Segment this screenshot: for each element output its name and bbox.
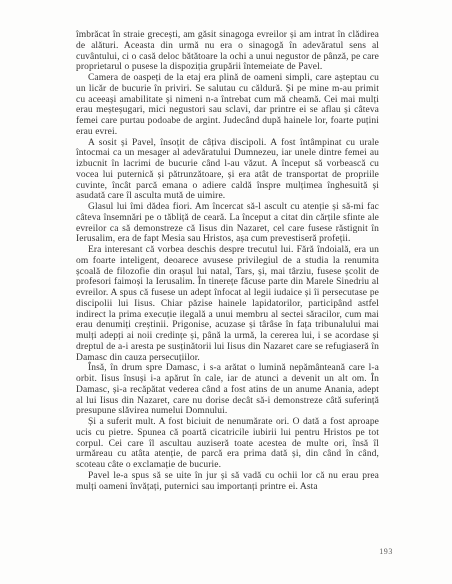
- book-page: îmbrăcat în straie grecești, am găsit si…: [0, 0, 452, 584]
- body-text: îmbrăcat în straie grecești, am găsit si…: [76, 30, 379, 492]
- paragraph: Camera de oaspeți de la etaj era plină d…: [76, 73, 379, 138]
- paragraph: Și a suferit mult. A fost biciuit de nen…: [76, 417, 379, 471]
- page-number: 193: [353, 547, 393, 556]
- paragraph: Însă, în drum spre Damasc, i s-a arătat …: [76, 363, 379, 417]
- paragraph: A sosit și Pavel, însoțit de câțiva disc…: [76, 138, 379, 203]
- paragraph-continued: îmbrăcat în straie grecești, am găsit si…: [76, 30, 379, 73]
- paragraph: Era interesant că vorbea deschis despre …: [76, 245, 379, 363]
- paragraph: Pavel le-a spus să se uite în jur și să …: [76, 471, 379, 493]
- paragraph: Glasul lui îmi dădea fiori. Am încercat …: [76, 202, 379, 245]
